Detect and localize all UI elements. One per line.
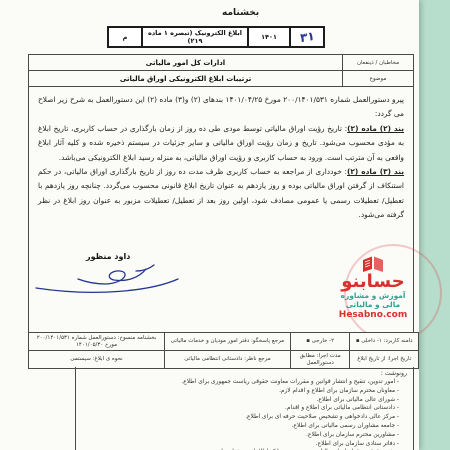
copies-item: جامعه مشاوران رسمی مالیاتی برای اطلاع. bbox=[76, 422, 399, 431]
document-title: بخشنامه bbox=[222, 8, 259, 18]
copies-item: دادستانی انتظامی مالیاتی برای اطلاع و اق… bbox=[76, 404, 399, 413]
document-page: بخشنامه ۳۱ ۱۴۰۱ ابلاغ الکترونیک (تبصره ۱… bbox=[0, 0, 419, 450]
exec-duration-cell: مدت اجرا: مطابق دستورالعمل bbox=[290, 351, 350, 369]
supervisor-cell: مرجع ناظر: دادستانی انتظامی مالیاتی bbox=[165, 351, 291, 369]
clause-2-paragraph: بند (۲) ماده (۲): تاریخ رؤیت اوراق مالیا… bbox=[38, 122, 404, 165]
copies-list: امور تدوین، تنقیح و انتشار قوانین و مقرر… bbox=[76, 378, 413, 450]
clause-3-paragraph: بند (۳) ماده (۲): خودداری از مراجعه به ح… bbox=[38, 165, 404, 223]
copies-item: مشاورین محترم سازمان برای اطلاع. bbox=[76, 431, 399, 440]
photo-background: بخشنامه ۳۱ ۱۴۰۱ ابلاغ الکترونیک (تبصره ۱… bbox=[0, 0, 450, 450]
subject-row: موضوع ترتیبات ابلاغ الکترونیکی اوراق مال… bbox=[29, 71, 413, 87]
signature-icon bbox=[26, 258, 184, 304]
copies-section: رونوشت : امور تدوین، تنقیح و انتشار قوان… bbox=[75, 367, 414, 450]
clause-3-title: بند (۳) ماده (۲) bbox=[347, 167, 404, 176]
circular-subject-cell: ابلاغ الکترونیک (تبصره ۱ ماده ۲۱۹) bbox=[142, 27, 248, 47]
header-box-table: ۳۱ ۱۴۰۱ ابلاغ الکترونیک (تبصره ۱ ماده ۲۱… bbox=[107, 26, 325, 48]
superseded-cell: بخشنامه منسوخ: دستورالعمل شماره ۲۰۰/۱۴۰۱… bbox=[29, 333, 165, 351]
stamp-ring-icon bbox=[344, 244, 442, 342]
copies-item: مرکز عالی دادخواهی و تشخیص صلاحیت حرفه ا… bbox=[76, 413, 399, 422]
audience-value: ادارات کل امور مالیاتی bbox=[29, 55, 342, 70]
handwritten-number: ۳۱ bbox=[300, 29, 315, 46]
audience-label: مخاطبان / ذینفعان bbox=[342, 55, 413, 70]
delivery-mode-cell: نحوه ی ابلاغ: سیستمی bbox=[29, 351, 165, 369]
footer-meta-table: دامنه کاربرد: ۱- داخلی ▪ ۲- خارجی ▪ مرجع… bbox=[28, 332, 419, 369]
copies-item: امور تدوین، تنقیح و انتشار قوانین و مقرر… bbox=[76, 378, 399, 387]
circular-number-cell: ۳۱ bbox=[290, 27, 324, 47]
body-text: پیرو دستورالعمل شماره ۲۰۰/۱۴۰۱/۵۳۱ مورخ … bbox=[29, 87, 413, 223]
exec-date-cell: تاریخ اجرا: از تاریخ ابلاغ bbox=[350, 351, 419, 369]
subject-label: موضوع bbox=[342, 71, 413, 86]
copies-item: معاونان محترم سازمان برای اطلاع و اقدام … bbox=[76, 387, 399, 396]
circular-year-cell: ۱۴۰۱ bbox=[248, 27, 290, 47]
intro-paragraph: پیرو دستورالعمل شماره ۲۰۰/۱۴۰۱/۵۳۱ مورخ … bbox=[38, 93, 404, 122]
scope-external-cell: ۲- خارجی ▪ bbox=[290, 333, 350, 351]
copies-item: دفاتر ستادی سازمان برای اطلاع. bbox=[76, 440, 399, 449]
subject-value: ترتیبات ابلاغ الکترونیکی اوراق مالیاتی bbox=[29, 71, 342, 86]
audience-row: مخاطبان / ذینفعان ادارات کل امور مالیاتی bbox=[29, 55, 413, 71]
copies-label: رونوشت : bbox=[76, 367, 413, 378]
circular-category-cell: م bbox=[108, 27, 142, 47]
copies-item: شورای عالی مالیاتی برای اطلاع. bbox=[76, 396, 399, 405]
responder-cell: مرجع پاسخگو: دفتر امور مودیان و خدمات ما… bbox=[165, 333, 291, 351]
scope-internal-cell: دامنه کاربرد: ۱- داخلی ▪ bbox=[350, 333, 419, 351]
clause-2-title: بند (۲) ماده (۲) bbox=[347, 124, 404, 133]
